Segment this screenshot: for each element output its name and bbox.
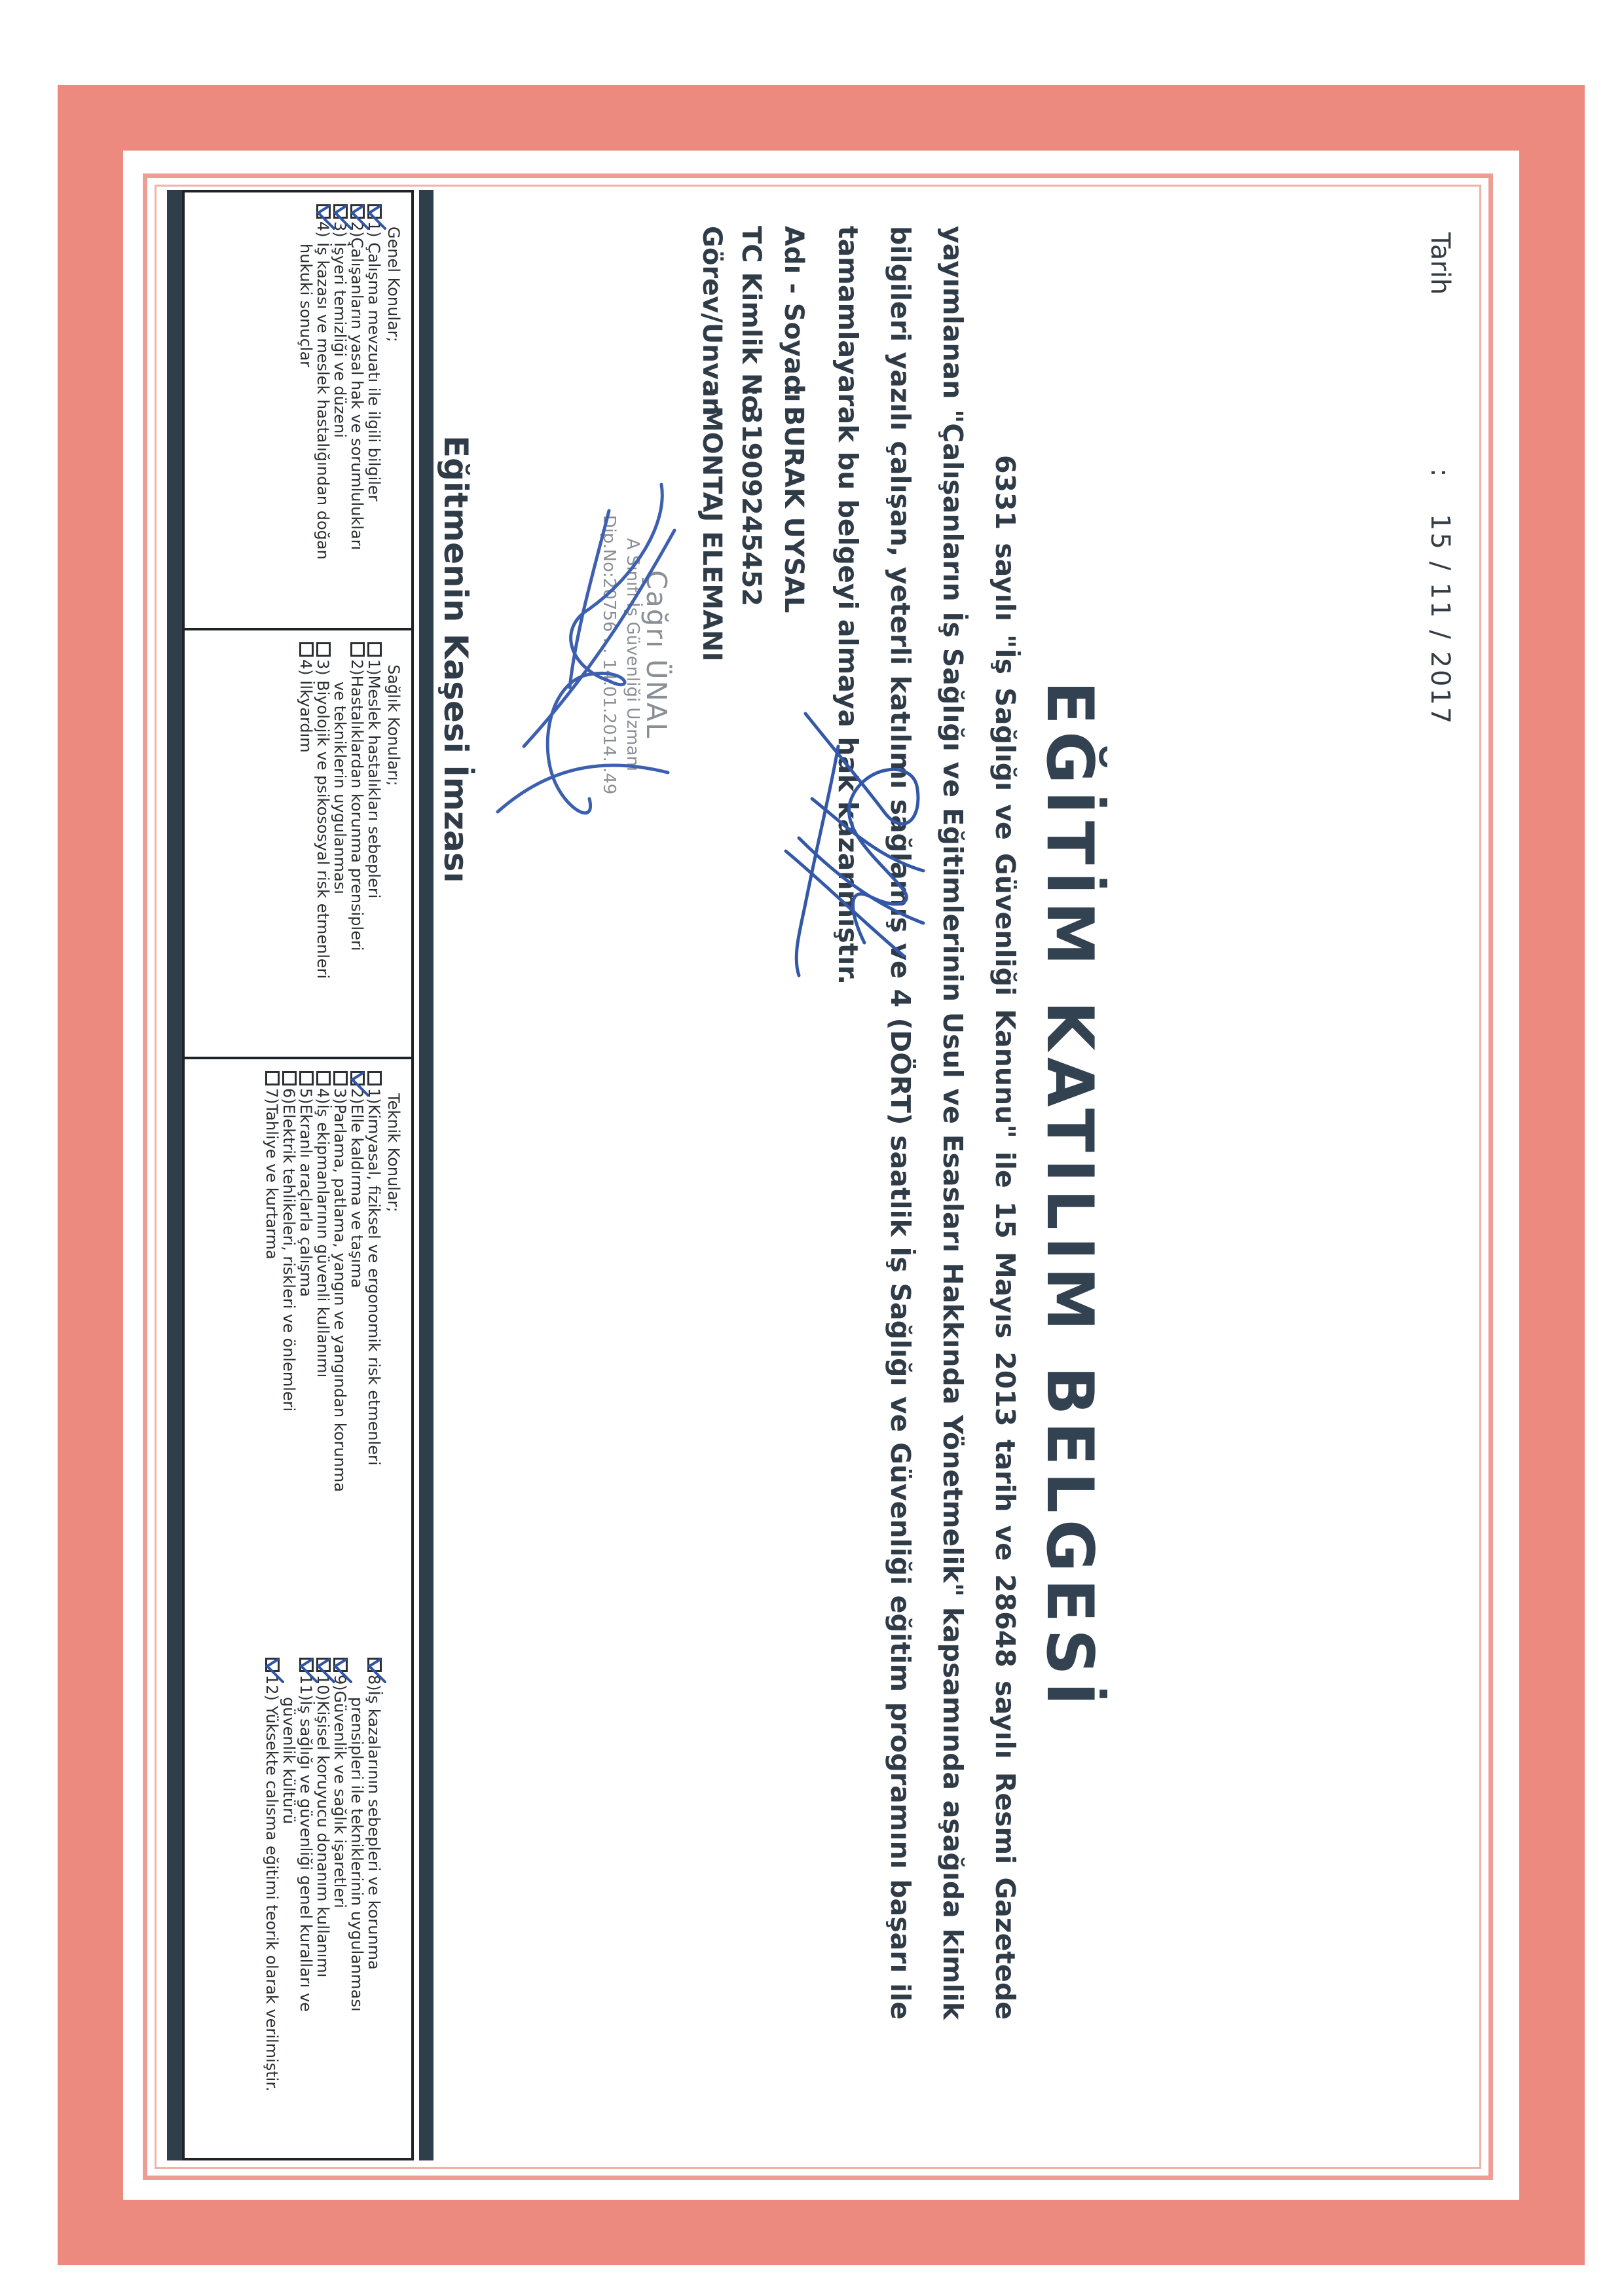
topic-item: 4) İş kazası ve meslek hastalığından doğ… xyxy=(314,204,331,616)
colon: : xyxy=(736,386,766,406)
checked-checkbox-icon[interactable] xyxy=(333,1658,348,1672)
topic-item: 4) İlkyardım xyxy=(297,642,314,1045)
topic-item-label: 1)Kimyasal, fiziksel ve ergonomik risk e… xyxy=(365,1088,382,1466)
topics-table: Genel Konular;1) Çalışma mevzuatı ile il… xyxy=(182,190,414,2160)
topic-item-label: 3) İşyeri temizliği ve düzeni xyxy=(331,221,348,438)
topic-item: 3) İşyeri temizliği ve düzeni xyxy=(331,204,348,616)
certificate-body-text: 6331 sayılı "İş Sağlığı ve Güvenliği Kan… xyxy=(832,226,1021,2020)
checkbox-icon[interactable] xyxy=(299,1071,314,1085)
date-label: Tarih xyxy=(1425,232,1455,468)
topic-item: 1) Çalışma mevzuatı ile ilgili bilgiler xyxy=(365,204,382,616)
topic-item-label: 2)Elle kaldırma ve taşıma xyxy=(348,1088,365,1288)
checkbox-icon[interactable] xyxy=(367,642,382,657)
checked-checkbox-icon[interactable] xyxy=(333,204,348,219)
topic-item: 8)İş kazalarının sebepleri ve korunma xyxy=(365,1658,382,2146)
table-header-band xyxy=(419,190,434,2160)
topics-heading-spacer xyxy=(385,1658,402,2146)
date-colon: : xyxy=(1425,468,1455,514)
topic-item: 5)Ekranlı araçlarla çalışma xyxy=(297,1071,314,1634)
checked-checkbox-icon[interactable] xyxy=(265,1658,280,1672)
topic-item-label: 9)Güvenlik ve sağlık işaretleri xyxy=(331,1675,348,1908)
topics-heading-teknik: Teknik Konular; xyxy=(385,1071,402,1634)
checked-checkbox-icon[interactable] xyxy=(316,204,331,219)
topic-item: 2)Elle kaldırma ve taşıma xyxy=(348,1071,365,1634)
checked-checkbox-icon[interactable] xyxy=(299,1658,314,1672)
topic-item: 11)İş sağlığı ve güvenliği genel kuralla… xyxy=(297,1658,314,2146)
participant-job-value: MONTAJ ELEMANI xyxy=(697,406,727,662)
table-footer-band xyxy=(167,190,182,2160)
checkbox-icon[interactable] xyxy=(333,1071,348,1085)
colon: : xyxy=(779,386,809,406)
checked-checkbox-icon[interactable] xyxy=(367,1658,382,1672)
topic-item-label-continued: güvenlik kültürü xyxy=(280,1658,297,2146)
topic-item-label: 11)İş sağlığı ve güvenliği genel kuralla… xyxy=(297,1675,314,2012)
date-value: 15 / 11 / 2017 xyxy=(1425,514,1455,725)
participant-name-row: Adı - Soyadı:BURAK UYSAL xyxy=(779,226,809,613)
topic-item-label-continued: hukuki sonuçlar xyxy=(297,204,314,616)
checkbox-icon[interactable] xyxy=(367,1071,382,1085)
topic-item-label: 5)Ekranlı araçlarla çalışma xyxy=(297,1088,314,1297)
topic-item-label: 3)Parlama, patlama, yangın ve yangından … xyxy=(331,1088,348,1492)
topic-item-label: 4)İş ekipmanlarının güvenli kullanımı xyxy=(314,1088,331,1377)
checkbox-icon[interactable] xyxy=(316,1071,331,1085)
date-row: Tarih:15 / 11 / 2017 xyxy=(1425,232,1455,725)
certificate-sheet: Tarih:15 / 11 / 2017 EĞİTİM KATILIM BELG… xyxy=(0,0,1624,2296)
topic-item: 6)Elektrik tehlikeleri, riskleri ve önle… xyxy=(280,1071,297,1634)
checkbox-icon[interactable] xyxy=(299,642,314,657)
topic-item-label-continued: ve tekniklerin uygulanması xyxy=(331,642,348,1045)
topic-item: 2)Hastalıklardan korunma prensipleri xyxy=(348,642,365,1045)
topic-item: 9)Güvenlik ve sağlık işaretleri xyxy=(331,1658,348,2146)
topic-item-label: 4) İş kazası ve meslek hastalığından doğ… xyxy=(314,221,331,560)
trainer-stamp: Çağrı ÜNAL A Sınıfı İş Güvenliği Uzmanı … xyxy=(491,471,688,838)
topic-item: 3) Biyolojik ve psikososyal risk etmenle… xyxy=(314,642,331,1045)
trainer-signature-icon xyxy=(491,471,688,838)
topic-item-label: 1) Çalışma mevzuatı ile ilgili bilgiler xyxy=(365,221,382,501)
topic-item-label: 8)İş kazalarının sebepleri ve korunma xyxy=(365,1675,382,1970)
topic-item-label: 2)Hastalıklardan korunma prensipleri xyxy=(348,659,365,951)
topic-item: 3)Parlama, patlama, yangın ve yangından … xyxy=(331,1071,348,1634)
colon: : xyxy=(697,386,727,406)
topic-item: 7)Tahliye ve kurtarma xyxy=(263,1071,280,1634)
checked-checkbox-icon[interactable] xyxy=(350,204,365,219)
topic-item: 1)Meslek hastalıkları sebepleri xyxy=(365,642,382,1045)
topic-item-label: 10)Kişisel koruyucu donanım kullanımı xyxy=(314,1675,331,1977)
participant-name-value: BURAK UYSAL xyxy=(779,406,809,613)
participant-name-label: Adı - Soyadı xyxy=(779,226,809,386)
topic-item-label: 1)Meslek hastalıkları sebepleri xyxy=(365,659,382,898)
certificate-title: EĞİTİM KATILIM BELGESİ xyxy=(1032,681,1107,1728)
topic-item: 1)Kimyasal, fiziksel ve ergonomik risk e… xyxy=(365,1071,382,1634)
checkbox-icon[interactable] xyxy=(350,642,365,657)
participant-tc-row: TC Kimlik No:31909245452 xyxy=(736,226,766,606)
checked-checkbox-icon[interactable] xyxy=(350,1071,365,1085)
checked-checkbox-icon[interactable] xyxy=(367,204,382,219)
checkbox-icon[interactable] xyxy=(282,1071,297,1085)
certificate-body: 6331 sayılı "İş Sağlığı ve Güvenliği Kan… xyxy=(822,226,1031,2020)
topic-item: 2)Çalışanların yasal hak ve sorumlulukla… xyxy=(348,204,365,616)
topic-item: 4)İş ekipmanlarının güvenli kullanımı xyxy=(314,1071,331,1634)
checked-checkbox-icon[interactable] xyxy=(316,1658,331,1672)
topics-heading-saglik: Sağlık Konuları; xyxy=(385,642,402,1045)
topic-item: 12) Yüksekte calısma eğitimi teorik olar… xyxy=(263,1658,280,2146)
topic-item-label: 6)Elektrik tehlikeleri, riskleri ve önle… xyxy=(280,1088,297,1412)
participant-job-row: Görev/Unvan:MONTAJ ELEMANI xyxy=(697,226,727,662)
topic-item-label: 2)Çalışanların yasal hak ve sorumlulukla… xyxy=(348,221,365,550)
checkbox-icon[interactable] xyxy=(265,1071,280,1085)
topic-item-label-continued: prensipleri ile tekniklerinin uygulanmas… xyxy=(348,1658,365,2146)
participant-tc-value: 31909245452 xyxy=(736,406,766,606)
topics-column-genel: Genel Konular;1) Çalışma mevzuatı ile il… xyxy=(185,192,411,628)
topics-column-teknik: Teknik Konular;1)Kimyasal, fiziksel ve e… xyxy=(185,1057,411,1646)
participant-job-label: Görev/Unvan xyxy=(697,226,727,386)
topic-item-label: 3) Biyolojik ve psikososyal risk etmenle… xyxy=(314,659,331,979)
topics-column-saglik: Sağlık Konuları;1)Meslek hastalıkları se… xyxy=(185,628,411,1057)
topic-item-label: 12) Yüksekte calısma eğitimi teorik olar… xyxy=(263,1675,280,2092)
topic-item: 10)Kişisel koruyucu donanım kullanımı xyxy=(314,1658,331,2146)
topic-item-label: 7)Tahliye ve kurtarma xyxy=(263,1088,280,1260)
checkbox-icon[interactable] xyxy=(316,642,331,657)
trainer-stamp-caption: Eğitmenin Kaşesi İmzası xyxy=(437,435,475,883)
topic-item-label: 4) İlkyardım xyxy=(297,659,314,753)
participant-signature-icon xyxy=(747,707,963,982)
topics-column-teknik-continued: 8)İş kazalarının sebepleri ve korunmapre… xyxy=(185,1646,411,2158)
participant-tc-label: TC Kimlik No xyxy=(736,226,766,386)
topics-heading-genel: Genel Konular; xyxy=(385,204,402,616)
